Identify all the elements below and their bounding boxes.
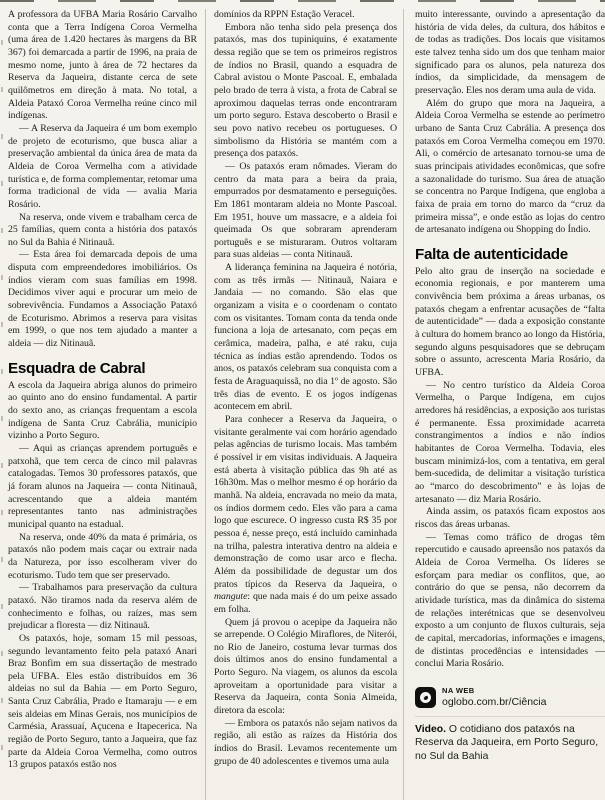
paragraph: — Os pataxós eram nômades. Vieram do cen… <box>214 161 397 262</box>
paragraph-continuation: muito interessante, ouvindo a apresentaç… <box>415 9 605 98</box>
paragraph: Embora não tenha sido pela presença dos … <box>214 22 397 161</box>
article-column-2: domínios da RPPN Estação Veracel. Embora… <box>205 9 403 800</box>
na-web-label: NA WEB <box>442 687 546 696</box>
paragraph: A liderança feminina na Jaqueira é notór… <box>214 262 397 414</box>
na-web-text: NA WEB oglobo.com.br/Ciência <box>442 687 546 708</box>
paragraph: Quem já provou o acepipe da Jaqueira não… <box>214 617 397 718</box>
paragraph: — A Reserva da Jaqueira é um bom exemplo… <box>8 123 197 212</box>
paragraph-text: Para conhecer a Reserva da Jaqueira, o v… <box>214 414 397 590</box>
paragraph: — No centro turístico da Aldeia Coroa Ve… <box>415 380 605 507</box>
italic-term: mangute <box>214 591 247 602</box>
oglobo-logo-icon <box>415 687 436 708</box>
na-web-box: NA WEB oglobo.com.br/Ciência <box>415 687 605 708</box>
paragraph: Para conhecer a Reserva da Jaqueira, o v… <box>214 414 397 617</box>
paragraph: A professora da UFBA Maria Rosário Carva… <box>8 9 197 123</box>
paragraph: A escola da Jaqueira abriga alunos do pr… <box>8 380 197 443</box>
globe-ring-icon <box>420 692 431 703</box>
paragraph: Na reserva, onde vivem e trabalham cerca… <box>8 212 197 250</box>
video-caption-prefix: Video. <box>415 724 446 735</box>
na-web-url: oglobo.com.br/Ciência <box>442 696 546 708</box>
paragraph: — Esta área foi demarcada depois de uma … <box>8 249 197 350</box>
paragraph: — Temas como tráfico de drogas têm reper… <box>415 532 605 671</box>
paragraph: Os pataxós, hoje, somam 15 mil pessoas, … <box>8 633 197 772</box>
paragraph: — Trabalhamos para preservação da cultur… <box>8 582 197 633</box>
video-caption: Video. O cotidiano dos pataxós na Reserv… <box>415 716 605 764</box>
section-heading-esquadra-de-cabral: Esquadra de Cabral <box>8 360 197 377</box>
paragraph: — Embora os pataxós não sejam nativos da… <box>214 718 397 769</box>
section-heading-falta-de-autenticidade: Falta de autenticidade <box>415 246 605 263</box>
article-column-1: A professora da UFBA Maria Rosário Carva… <box>8 9 205 800</box>
article-column-3: muito interessante, ouvindo a apresentaç… <box>403 9 605 800</box>
paragraph: Ainda assim, os pataxós ficam expostos a… <box>415 506 605 531</box>
article-page: A professora da UFBA Maria Rosário Carva… <box>0 0 605 800</box>
paragraph: Pelo alto grau de inserção na sociedade … <box>415 266 605 380</box>
paragraph-continuation: domínios da RPPN Estação Veracel. <box>214 9 397 22</box>
paragraph: Na reserva, onde 40% da mata é primária,… <box>8 532 197 583</box>
paragraph: Além do grupo que mora na Jaqueira, a Al… <box>415 98 605 237</box>
paragraph: — Aqui as crianças aprendem português e … <box>8 443 197 532</box>
